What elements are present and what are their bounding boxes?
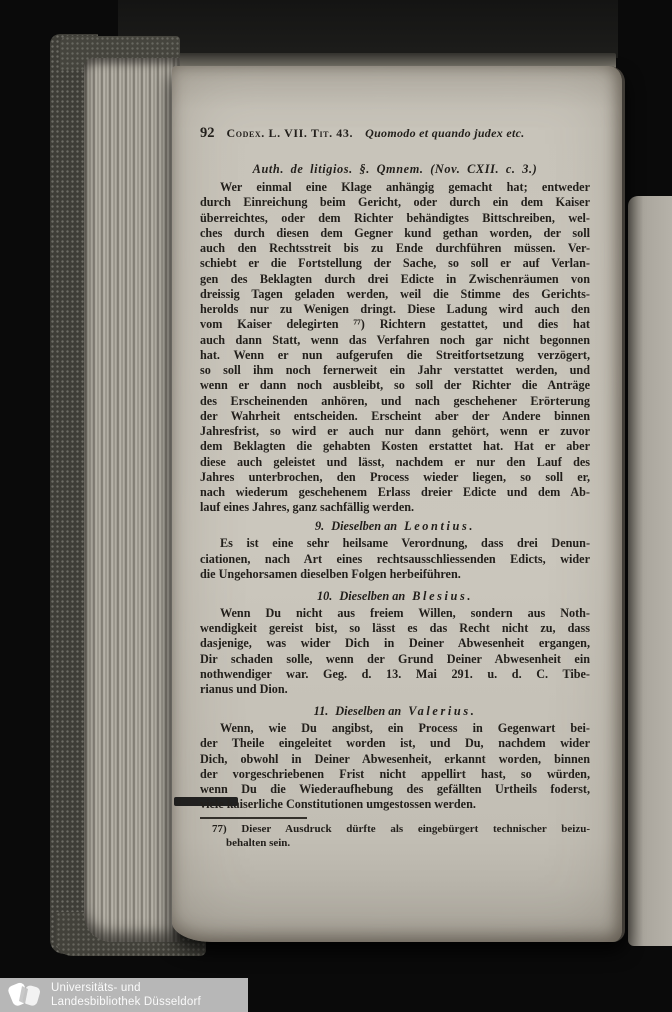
text-line: Jahresfrist, so wird er auch nur dann ge…	[200, 424, 590, 439]
text-line: Dir schaden solle, wenn der Grund Deiner…	[200, 652, 590, 667]
text-line: behalten sein.	[200, 837, 590, 851]
text-line: Wenn, wie Du angibst, ein Process in Geg…	[200, 721, 590, 736]
text-line: auch dann Statt, wenn das Verfahren noch…	[200, 333, 590, 348]
text-line: ches durch diesen dem Gegner kund gethan…	[200, 226, 590, 241]
text-line: der vorgeschriebenen Frist nicht appelli…	[200, 767, 590, 782]
section-title: Dieselben an	[339, 589, 405, 603]
text-line: vom Kaiser delegirten ⁷⁷) Richtern gesta…	[200, 317, 590, 332]
paragraph-auth: Wer einmal eine Klage anhängig gemacht h…	[200, 180, 590, 516]
paragraph-section-9: Es ist eine sehr heilsame Verordnung, da…	[200, 536, 590, 582]
paragraph-section-10: Wenn Du nicht aus freiem Willen, sondern…	[200, 606, 590, 698]
text-line: des Erscheinenden anhören, und nach gesc…	[200, 394, 590, 409]
text-line: nothwendiger war. Geg. d. 13. Mai 291. u…	[200, 667, 590, 682]
text-column: 92 Codex. L. VII. Tit. 43. Quomodo et qu…	[200, 125, 590, 850]
text-line: herolds nur zu Wenigen dringt. Diese Lad…	[200, 302, 590, 317]
section-10-heading: 10.Dieselben anBlesius.	[200, 589, 590, 604]
section-number: 9.	[315, 519, 324, 533]
text-line: dasjenige, was wider Dich in Deiner Abwe…	[200, 636, 590, 651]
footnote: 77) Dieser Ausdruck dürfte als eingebürg…	[200, 823, 590, 850]
text-line: wendigkeit gereist bist, so lässt es das…	[200, 621, 590, 636]
section-addressee: Blesius.	[412, 589, 473, 603]
library-name-line1: Universitäts- und	[51, 981, 201, 996]
text-line: auch den Rechtsstreit bis zu Ende durchf…	[200, 241, 590, 256]
text-line: dem Beklagten die gehabten Kosten erstat…	[200, 439, 590, 454]
text-line: schiebt er die Fortstellung der Sache, s…	[200, 256, 590, 271]
library-name-line2: Landesbibliothek Düsseldorf	[51, 995, 201, 1010]
text-line: Dich, obwohl in Deiner Abwesenheit, erka…	[200, 752, 590, 767]
page-number: 92	[200, 125, 215, 142]
section-11-heading: 11.Dieselben anValerius.	[200, 704, 590, 719]
section-title: Dieselben an	[335, 704, 401, 718]
text-line: der Wahrheit entscheiden. Erscheint aber…	[200, 409, 590, 424]
text-line: ciationen, nach Art eines rechtsausschli…	[200, 552, 590, 567]
text-line: so soll ihm noch fernerweit ein Jahr ver…	[200, 363, 590, 378]
text-line: die Ungehorsamen dieselben Folgen herbei…	[200, 567, 590, 582]
book-cover-top	[118, 0, 618, 58]
text-line: wenn er dann noch ausbleibt, so soll der…	[200, 378, 590, 393]
section-number: 11.	[314, 704, 329, 718]
page-header: 92 Codex. L. VII. Tit. 43. Quomodo et qu…	[200, 125, 590, 140]
section-title: Dieselben an	[331, 519, 397, 533]
text-line: viele kaiserliche Constitutionen umgesto…	[200, 797, 590, 812]
text-line: wenn Du die Wiederaufhebung des gefällte…	[200, 782, 590, 797]
section-9-heading: 9.Dieselben anLeontius.	[200, 519, 590, 534]
footnote-separator	[200, 817, 307, 819]
text-line: diese auch geleistet und lässt, nachdem …	[200, 455, 590, 470]
text-line: dreissig Tagen geladen werden, weil die …	[200, 287, 590, 302]
section-addressee: Valerius.	[408, 704, 476, 718]
text-line: hat. Wenn er nun aufgerufen die Streitfo…	[200, 348, 590, 363]
text-line: Es ist eine sehr heilsame Verordnung, da…	[200, 536, 590, 551]
text-line: überreichtes, oder dem Richter behändigt…	[200, 211, 590, 226]
library-logo-bar: Universitäts- und Landesbibliothek Düsse…	[0, 978, 248, 1012]
text-line: der Theile eingeleitet worden ist, und D…	[200, 736, 590, 751]
text-line: Jahres unterbrochen, den Process wieder …	[200, 470, 590, 485]
page-edge-stack	[84, 58, 180, 942]
text-line: Wer einmal eine Klage anhängig gemacht h…	[200, 180, 590, 195]
section-number: 10.	[317, 589, 332, 603]
book-scan-viewer: 92 Codex. L. VII. Tit. 43. Quomodo et qu…	[0, 0, 672, 1012]
text-line: Wenn Du nicht aus freiem Willen, sondern…	[200, 606, 590, 621]
paragraph-section-11: Wenn, wie Du angibst, ein Process in Geg…	[200, 721, 590, 813]
codex-title: Codex. L. VII. Tit. 43.	[227, 126, 354, 141]
text-line: lauf eines Jahres, ganz sachfällig werde…	[200, 500, 590, 515]
text-line: 77) Dieser Ausdruck dürfte als eingebürg…	[200, 823, 590, 837]
text-line: durch Einreichung beim Gericht, oder dur…	[200, 195, 590, 210]
facing-page-edge	[628, 196, 672, 946]
running-title: Quomodo et quando judex etc.	[365, 126, 524, 141]
text-line: nach wiederum geschehenem Erlass dreier …	[200, 485, 590, 500]
text-line: gen des Beklagten durch drei Edicte in Z…	[200, 272, 590, 287]
section-addressee: Leontius.	[404, 519, 475, 533]
ulb-book-logo-icon	[5, 980, 45, 1010]
text-line: rianus und Dion.	[200, 682, 590, 697]
scanned-page: 92 Codex. L. VII. Tit. 43. Quomodo et qu…	[172, 66, 625, 942]
library-name: Universitäts- und Landesbibliothek Düsse…	[51, 981, 201, 1010]
auth-heading: Auth. de litigios. §. Qmnem. (Nov. CXII.…	[200, 162, 590, 177]
